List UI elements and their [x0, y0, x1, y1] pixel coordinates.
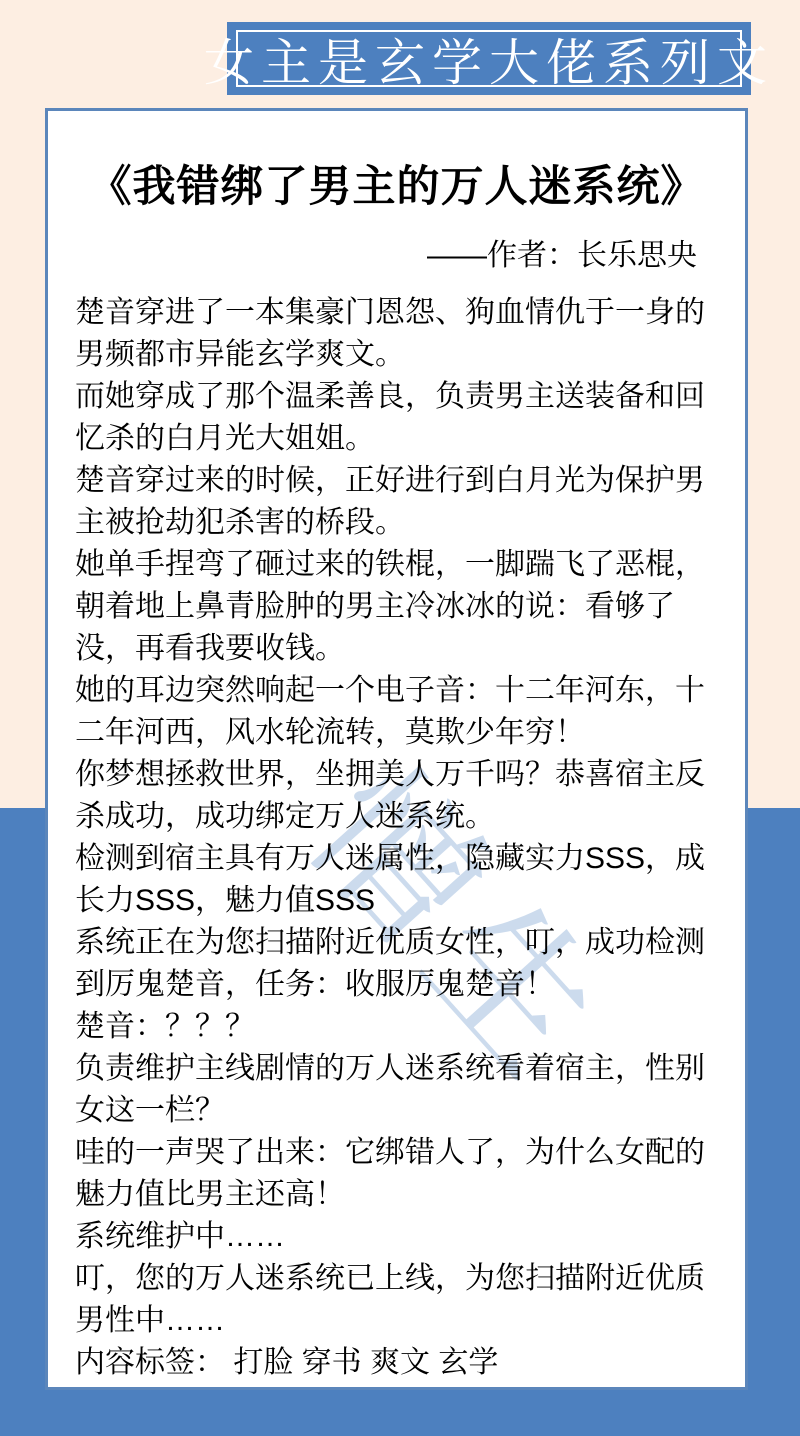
story-paragraph: 哇的一声哭了出来：它绑错人了，为什么女配的魅力值比男主还高！: [75, 1132, 731, 1216]
story-paragraph: 楚音穿过来的时候，正好进行到白月光为保护男主被抢劫犯杀害的桥段。: [75, 460, 731, 544]
search-keywords-line: 搜索关键字：主角：楚音: [75, 1384, 731, 1390]
story-paragraph: 你梦想拯救世界，坐拥美人万千吗？恭喜宿主反杀成功，成功绑定万人迷系统。: [75, 754, 731, 838]
story-paragraph: 检测到宿主具有万人迷属性，隐藏实力SSS，成长力SSS，魅力值SSS: [75, 838, 731, 922]
story-paragraph: 楚音：？？？: [75, 1006, 731, 1048]
book-card: 憎生 《我错绑了男主的万人迷系统》 ——作者：长乐思央 楚音穿进了一本集豪门恩怨…: [45, 108, 748, 1390]
story-paragraph: 叮，您的万人迷系统已上线，为您扫描附近优质男性中……: [75, 1258, 731, 1342]
series-banner-text: 女主是玄学大佬系列文: [227, 22, 751, 95]
story-paragraph: 系统正在为您扫描附近优质女性，叮，成功检测到厉鬼楚音，任务：收服厉鬼楚音！: [75, 922, 731, 1006]
author-line: ——作者：长乐思央: [48, 230, 697, 274]
story-paragraph: 而她穿成了那个温柔善良，负责男主送装备和回忆杀的白月光大姐姐。: [75, 376, 731, 460]
story-paragraph: 她的耳边突然响起一个电子音：十二年河东，十二年河西，风水轮流转，莫欺少年穷！: [75, 670, 731, 754]
content-tags-line: 内容标签： 打脸 穿书 爽文 玄学: [75, 1342, 731, 1384]
story-paragraph: 负责维护主线剧情的万人迷系统看着宿主，性别女这一栏？: [75, 1048, 731, 1132]
story-paragraph: 楚音穿进了一本集豪门恩怨、狗血情仇于一身的男频都市异能玄学爽文。: [75, 292, 731, 376]
book-title: 《我错绑了男主的万人迷系统》: [54, 153, 739, 214]
story-paragraph: 她单手捏弯了砸过来的铁棍，一脚踹飞了恶棍，朝着地上鼻青脸肿的男主冷冰冰的说：看够…: [75, 544, 731, 670]
series-banner: 女主是玄学大佬系列文: [227, 22, 751, 95]
story-paragraph: 系统维护中……: [75, 1216, 731, 1258]
story-text: 楚音穿进了一本集豪门恩怨、狗血情仇于一身的男频都市异能玄学爽文。 而她穿成了那个…: [75, 292, 731, 1390]
